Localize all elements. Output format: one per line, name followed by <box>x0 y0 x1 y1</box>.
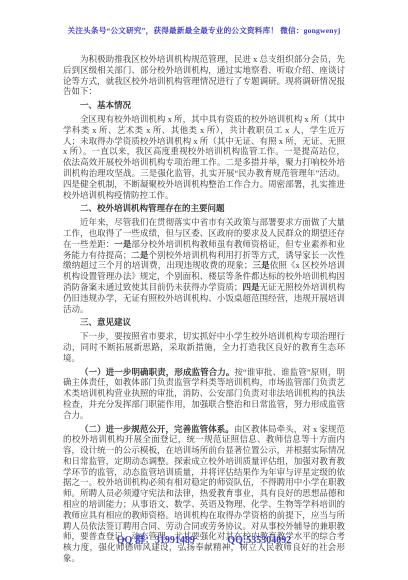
body-paragraph: 下一步，要按照省市要求，切实抓好中小学生校外培训机构专项治理行动，同时不断拓展新… <box>63 331 345 363</box>
bold-run: 三是 <box>252 260 269 270</box>
document-body: 为积极助推我区校外培训机构规范管理，民进 x 总支组织部分会员，先后到区级相关部… <box>63 54 345 567</box>
body-paragraph: 为积极助推我区校外培训机构规范管理，民进 x 总支组织部分会员，先后到区级相关部… <box>63 54 345 97</box>
bold-run: 一、基本情况 <box>80 100 131 110</box>
bold-run: 二、校外培训机构管理存在的主要问题 <box>80 203 225 213</box>
text-run: 为积极助推我区校外培训机构规范管理，民进 x 总支组织部分会员，先后到区级相关部… <box>63 54 345 96</box>
promo-header-text: 关注头条号“公文研究”，获得最新最全最专业的公文资料库！ 微信：gongweny… <box>0 25 408 36</box>
qq-group-number: QQ 群：31991489 <box>117 535 195 546</box>
section-heading: 三、意见建议 <box>63 317 345 328</box>
bold-run: （一）进一步明确职责，形成监管合力。 <box>80 367 234 377</box>
bold-run: 四是 <box>242 282 259 292</box>
section-heading: 二、校外培训机构管理存在的主要问题 <box>63 203 345 214</box>
qq-number: QQ:535304092 <box>227 535 291 546</box>
body-paragraph: 全区现有校外培训机构 x 所，其中具有资质的校外培训机构 x 所（其中学科类 x… <box>63 114 345 200</box>
bold-run: 三、意见建议 <box>80 317 131 327</box>
bold-run: 二是 <box>131 250 148 260</box>
bold-run: （二）进一步规范公开，完善监管体系。 <box>80 424 234 434</box>
document-page: 关注头条号“公文研究”，获得最新最全最专业的公文资料库！ 微信：gongweny… <box>0 0 408 580</box>
body-paragraph: （一）进一步明确职责，形成监管合力。按“谁审批、谁监管”原则，明确主体责任，如教… <box>63 367 345 421</box>
bold-run: 一是 <box>114 239 131 249</box>
section-heading: 一、基本情况 <box>63 100 345 111</box>
footer-contacts: QQ 群：31991489 QQ:535304092 <box>0 531 408 546</box>
body-paragraph: 近年来，尽管我们在贯彻落实中省市有关政策与部署要求方面做了大量工作，也取得了一些… <box>63 217 345 314</box>
text-run: 全区现有校外培训机构 x 所，其中具有资质的校外培训机构 x 所（其中学科类 x… <box>63 114 345 200</box>
text-run: 下一步，要按照省市要求，切实抓好中小学生校外培训机构专项治理行动，同时不断拓展新… <box>63 331 345 363</box>
